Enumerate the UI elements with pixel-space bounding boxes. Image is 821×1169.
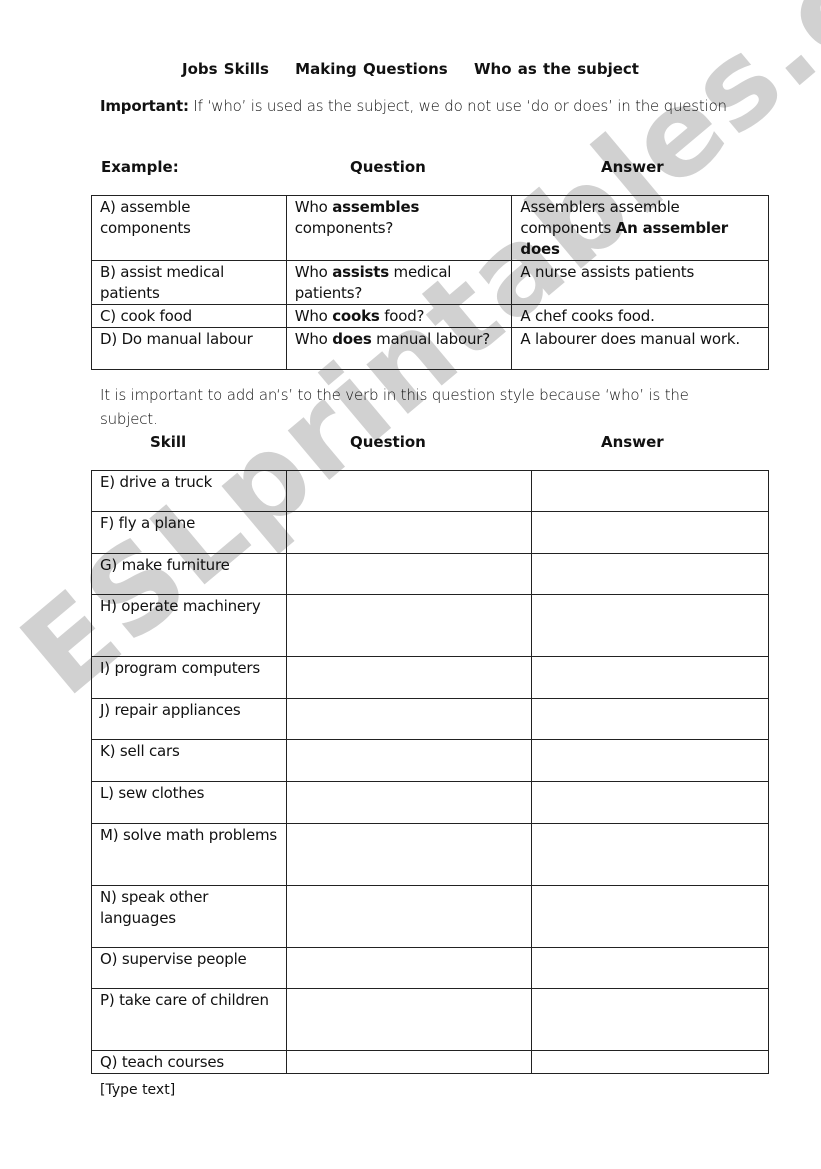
example-question: Who assists medical patients? [286,261,512,305]
exercise-question-cell[interactable] [286,989,532,1051]
exercise-row: G) make furniture [92,554,769,595]
page-title: Jobs Skills Making Questions Who as the … [0,60,821,78]
exercise-skill: Q) teach courses [92,1051,287,1074]
exercise-row: O) supervise people [92,948,769,989]
exercise-question-cell[interactable] [286,740,532,782]
example-skill: C) cook food [92,305,287,328]
footer-placeholder: [Type text] [100,1082,175,1098]
exercise-skill: G) make furniture [92,554,287,595]
exercise-row: K) sell cars [92,740,769,782]
exercise-question-cell[interactable] [286,699,532,740]
example-answer: A labourer does manual work. [512,328,769,370]
title-part-2: Making Questions [295,60,448,78]
skill-header: Skill [150,433,186,451]
exercise-row: H) operate machinery [92,595,769,657]
exercise-row: P) take care of children [92,989,769,1051]
exercise-skill: K) sell cars [92,740,287,782]
exercise-answer-cell[interactable] [532,886,769,948]
exercise-answer-cell[interactable] [532,824,769,886]
exercise-question-cell[interactable] [286,782,532,824]
exercise-answer-cell[interactable] [532,512,769,554]
exercise-row: L) sew clothes [92,782,769,824]
example-question-header: Question [350,158,426,176]
exercise-question-cell[interactable] [286,471,532,512]
exercise-row: E) drive a truck [92,471,769,512]
example-table: A) assemble componentsWho assembles comp… [91,195,769,370]
exercise-question-cell[interactable] [286,1051,532,1074]
exercise-table: E) drive a truckF) fly a planeG) make fu… [91,470,769,1074]
example-skill: B) assist medical patients [92,261,287,305]
example-question: Who does manual labour? [286,328,512,370]
exercise-skill: I) program computers [92,657,287,699]
exercise-answer-cell[interactable] [532,989,769,1051]
example-row: D) Do manual labourWho does manual labou… [92,328,769,370]
exercise-skill: P) take care of children [92,989,287,1051]
exercise-skill: H) operate machinery [92,595,287,657]
exercise-answer-cell[interactable] [532,657,769,699]
exercise-question-cell[interactable] [286,657,532,699]
example-skill: D) Do manual labour [92,328,287,370]
example-skill: A) assemble components [92,196,287,261]
exercise-skill: F) fly a plane [92,512,287,554]
exercise-skill: N) speak other languages [92,886,287,948]
exercise-row: N) speak other languages [92,886,769,948]
exercise-skill: M) solve math problems [92,824,287,886]
example-header: Example: [101,158,179,176]
exercise-answer-cell[interactable] [532,554,769,595]
exercise-question-cell[interactable] [286,886,532,948]
exercise-row: Q) teach courses [92,1051,769,1074]
example-row: A) assemble componentsWho assembles comp… [92,196,769,261]
example-row: C) cook foodWho cooks food?A chef cooks … [92,305,769,328]
exercise-row: I) program computers [92,657,769,699]
answer-header: Answer [601,433,664,451]
note-text: It is important to add an‘s’ to the verb… [100,383,740,431]
example-answer-header: Answer [601,158,664,176]
exercise-question-cell[interactable] [286,512,532,554]
exercise-answer-cell[interactable] [532,471,769,512]
example-answer: Assemblers assemble components An assemb… [512,196,769,261]
exercise-answer-cell[interactable] [532,699,769,740]
exercise-skill: O) supervise people [92,948,287,989]
exercise-skill: E) drive a truck [92,471,287,512]
example-row: B) assist medical patientsWho assists me… [92,261,769,305]
exercise-answer-cell[interactable] [532,1051,769,1074]
example-answer: A chef cooks food. [512,305,769,328]
exercise-question-cell[interactable] [286,948,532,989]
exercise-answer-cell[interactable] [532,595,769,657]
example-question: Who cooks food? [286,305,512,328]
important-text: If ‘who’ is used as the subject, we do n… [189,97,727,115]
exercise-answer-cell[interactable] [532,948,769,989]
exercise-row: M) solve math problems [92,824,769,886]
important-note: Important: If ‘who’ is used as the subje… [100,94,740,118]
exercise-question-cell[interactable] [286,595,532,657]
exercise-row: F) fly a plane [92,512,769,554]
exercise-answer-cell[interactable] [532,782,769,824]
exercise-row: J) repair appliances [92,699,769,740]
question-header: Question [350,433,426,451]
exercise-skill: L) sew clothes [92,782,287,824]
important-label: Important: [100,97,189,115]
exercise-skill: J) repair appliances [92,699,287,740]
exercise-answer-cell[interactable] [532,740,769,782]
title-part-3: Who as the subject [474,60,639,78]
exercise-question-cell[interactable] [286,554,532,595]
example-question: Who assembles components? [286,196,512,261]
example-answer: A nurse assists patients [512,261,769,305]
exercise-question-cell[interactable] [286,824,532,886]
title-part-1: Jobs Skills [182,60,269,78]
